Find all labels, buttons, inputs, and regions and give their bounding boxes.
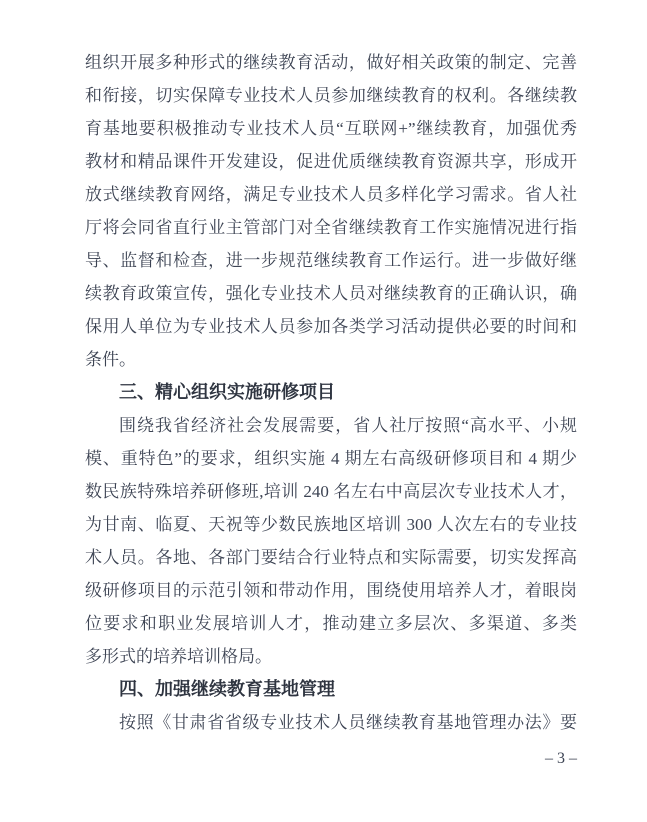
body-line: 育基地要积极推动专业技术人员“互联网+”继续教育，加强优秀	[85, 112, 577, 145]
body-line: 级研修项目的示范引领和带动作用，围绕使用培养人才，着眼岗	[85, 574, 577, 607]
body-line: 教材和精品课件开发建设，促进优质继续教育资源共享，形成开	[85, 145, 577, 178]
body-line: 为甘南、临夏、天祝等少数民族地区培训 300 人次左右的专业技	[85, 508, 577, 541]
body-line: 数民族特殊培养研修班,培训 240 名左右中高层次专业技术人才，	[85, 475, 577, 508]
body-line: 组织开展多种形式的继续教育活动，做好相关政策的制定、完善	[85, 46, 577, 79]
body-line: 多形式的培养培训格局。	[85, 640, 577, 673]
body-line: 放式继续教育网络，满足专业技术人员多样化学习需求。省人社	[85, 178, 577, 211]
section-heading: 三、精心组织实施研修项目	[85, 376, 577, 409]
page-number: – 3 –	[545, 748, 577, 770]
document-page: 组织开展多种形式的继续教育活动，做好相关政策的制定、完善和衔接，切实保障专业技术…	[0, 0, 647, 822]
body-line: 术人员。各地、各部门要结合行业特点和实际需要，切实发挥高	[85, 541, 577, 574]
section-heading: 四、加强继续教育基地管理	[85, 673, 577, 706]
body-line: 条件。	[85, 343, 577, 376]
body-line: 围绕我省经济社会发展需要，省人社厅按照“高水平、小规	[85, 409, 577, 442]
body-line: 模、重特色”的要求，组织实施 4 期左右高级研修项目和 4 期少	[85, 442, 577, 475]
body-line: 厅将会同省直行业主管部门对全省继续教育工作实施情况进行指	[85, 211, 577, 244]
body-line: 和衔接，切实保障专业技术人员参加继续教育的权利。各继续教	[85, 79, 577, 112]
body-line: 导、监督和检查，进一步规范继续教育工作运行。进一步做好继	[85, 244, 577, 277]
body-line: 续教育政策宣传，强化专业技术人员对继续教育的正确认识，确	[85, 277, 577, 310]
document-body: 组织开展多种形式的继续教育活动，做好相关政策的制定、完善和衔接，切实保障专业技术…	[85, 46, 577, 739]
body-line: 位要求和职业发展培训人才，推动建立多层次、多渠道、多类别、	[85, 607, 577, 640]
body-line: 保用人单位为专业技术人员参加各类学习活动提供必要的时间和	[85, 310, 577, 343]
body-line: 按照《甘肃省省级专业技术人员继续教育基地管理办法》要	[85, 706, 577, 739]
